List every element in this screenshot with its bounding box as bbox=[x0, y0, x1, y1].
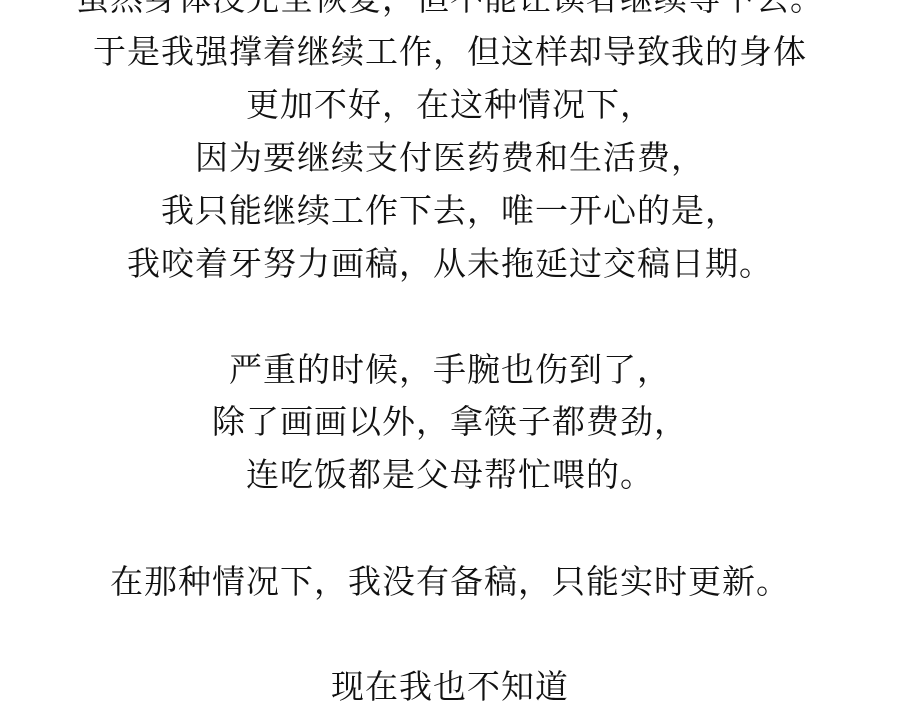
text-line: 现在我也不知道 bbox=[0, 667, 900, 704]
text-line: 我咬着牙努力画稿，从未拖延过交稿日期。 bbox=[0, 244, 900, 284]
comic-text-panel: 虽然身体没完全恢复，但不能让读者继续等下去。 于是我强撑着继续工作，但这样却导致… bbox=[0, 0, 900, 704]
text-line: 因为要继续支付医药费和生活费， bbox=[0, 138, 900, 178]
text-line: 我只能继续工作下去，唯一开心的是， bbox=[0, 191, 900, 231]
text-line: 于是我强撑着继续工作，但这样却导致我的身体 bbox=[0, 32, 900, 72]
text-line: 除了画画以外，拿筷子都费劲， bbox=[0, 402, 900, 442]
text-line: 在那种情况下，我没有备稿，只能实时更新。 bbox=[0, 562, 900, 602]
text-line: 更加不好，在这种情况下， bbox=[0, 85, 900, 125]
text-line: 虽然身体没完全恢复，但不能让读者继续等下去。 bbox=[0, 0, 900, 19]
text-line: 连吃饭都是父母帮忙喂的。 bbox=[0, 455, 900, 495]
text-line: 严重的时候，手腕也伤到了， bbox=[0, 350, 900, 390]
